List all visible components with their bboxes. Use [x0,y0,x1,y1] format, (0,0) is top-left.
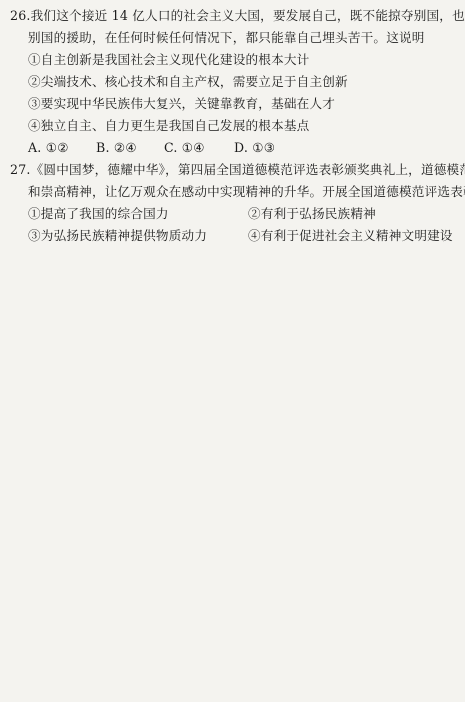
q26-statement-2: ②尖端技术、核心技术和自主产权，需要立足于自主创新 [28,74,348,90]
q26-choice-d: D. ①③ [234,140,275,156]
q27-statement-2: ②有利于弘扬民族精神 [248,206,376,222]
q26-choice-a: A. ①② [28,140,96,156]
q26-statement-4: ④独立自主、自力更生是我国自己发展的根本基点 [28,118,309,134]
q27-statement-4: ④有利于促进社会主义精神文明建设 [248,228,453,244]
q27-statement-3: ③为弘扬民族精神提供物质动力 [28,228,207,244]
q27-stem-line1: 27.《圆中国梦，德耀中华》，第四届全国道德模范评选表彰颁奖典礼上，道德模范的感… [10,162,465,178]
q26-stem-line1: 26.我们这个接近 14 亿人口的社会主义大国，要发展自己，既不能掠夺别国，也不… [10,8,465,24]
q26-choices: A. ①②B. ②④C. ①④D. ①③ [28,140,275,156]
q27-number: 27. [10,162,31,177]
q26-choice-c: C. ①④ [164,140,234,156]
q26-statement-3: ③要实现中华民族伟大复兴，关键靠教育，基础在人才 [28,96,335,112]
q26-stem-line2: 别国的援助，在任何时候任何情况下，都只能靠自己埋头苦干。这说明 [28,30,425,46]
q26-choice-b: B. ②④ [96,140,164,156]
q27-stem-line2: 和崇高精神，让亿万观众在感动中实现精神的升华。开展全国道德模范评选表彰活动 [28,184,465,200]
q26-number: 26. [10,8,31,23]
exam-page: 26.我们这个接近 14 亿人口的社会主义大国，要发展自己，既不能掠夺别国，也不… [0,0,465,702]
q26-statement-1: ①自主创新是我国社会主义现代化建设的根本大计 [28,52,309,68]
q27-statement-1: ①提高了我国的综合国力 [28,206,169,222]
